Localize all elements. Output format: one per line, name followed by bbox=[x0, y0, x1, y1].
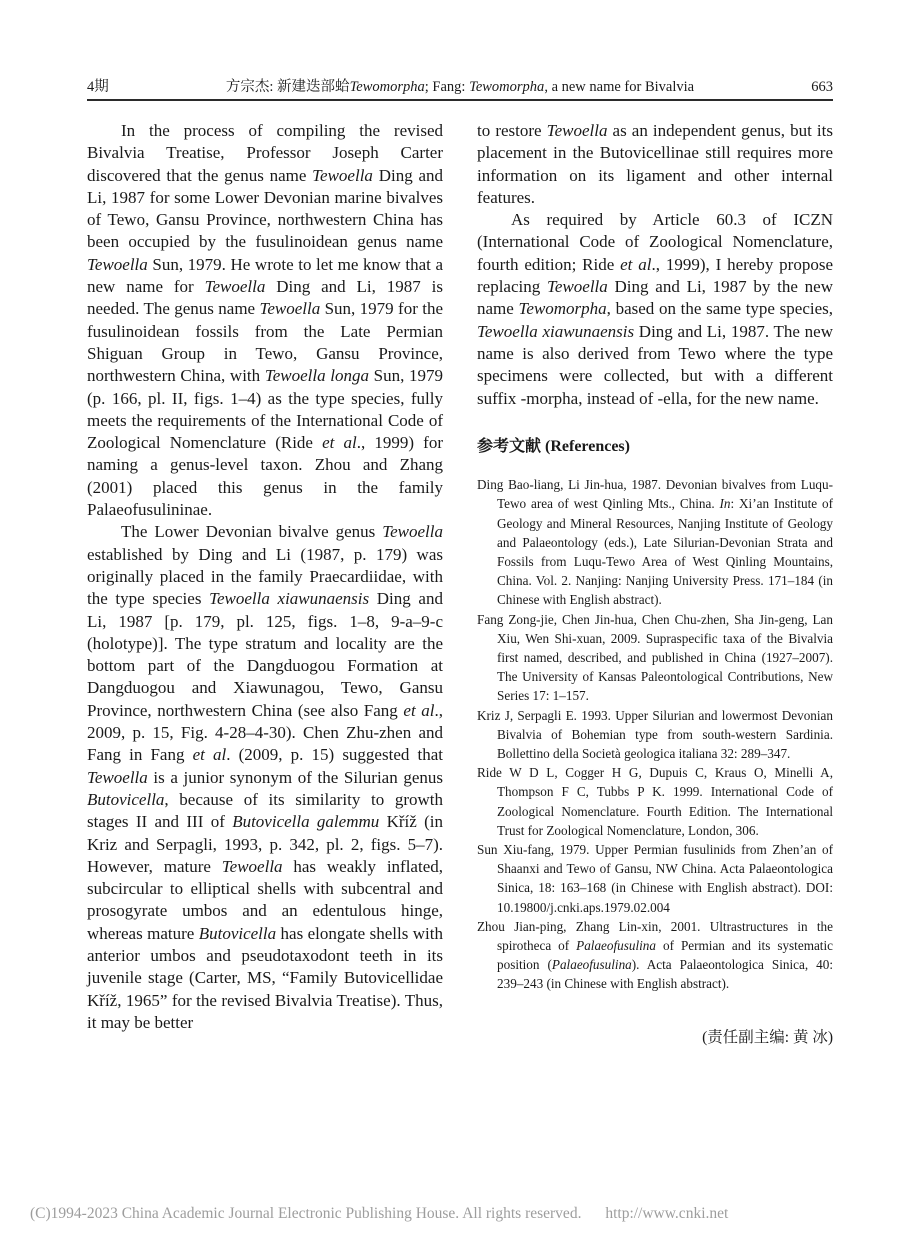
reference-item: Kriz J, Serpagli E. 1993. Upper Silurian… bbox=[477, 706, 833, 764]
text-columns: In the process of compiling the revised … bbox=[87, 120, 833, 1049]
reference-item: Ding Bao-liang, Li Jin-hua, 1987. Devoni… bbox=[477, 475, 833, 609]
running-title: 方宗杰: 新建迭部蛤Tewomorpha; Fang: Tewomorpha, … bbox=[109, 78, 812, 96]
editor-note: (责任副主编: 黄 冰) bbox=[477, 1027, 833, 1049]
reference-list: Ding Bao-liang, Li Jin-hua, 1987. Devoni… bbox=[477, 475, 833, 993]
body-paragraph-1: In the process of compiling the revised … bbox=[87, 120, 443, 521]
copyright-text: (C)1994-2023 China Academic Journal Elec… bbox=[30, 1205, 581, 1222]
cnki-url: http://www.cnki.net bbox=[605, 1205, 728, 1222]
right-column: to restore Tewoella as an independent ge… bbox=[477, 120, 833, 1049]
reference-item: Zhou Jian-ping, Zhang Lin-xin, 2001. Ult… bbox=[477, 917, 833, 994]
running-header: 4期 方宗杰: 新建迭部蛤Tewomorpha; Fang: Tewomorph… bbox=[87, 78, 833, 96]
header-rule bbox=[87, 99, 833, 101]
reference-item: Fang Zong-jie, Chen Jin-hua, Chen Chu-zh… bbox=[477, 610, 833, 706]
journal-page: 4期 方宗杰: 新建迭部蛤Tewomorpha; Fang: Tewomorph… bbox=[0, 0, 920, 1249]
body-paragraph-2-continuation: to restore Tewoella as an independent ge… bbox=[477, 120, 833, 209]
issue-label: 4期 bbox=[87, 78, 109, 96]
reference-item: Ride W D L, Cogger H G, Dupuis C, Kraus … bbox=[477, 763, 833, 840]
left-column: In the process of compiling the revised … bbox=[87, 120, 443, 1049]
body-paragraph-3: As required by Article 60.3 of ICZN (Int… bbox=[477, 209, 833, 410]
body-paragraph-2: The Lower Devonian bivalve genus Tewoell… bbox=[87, 521, 443, 1034]
cnki-footer: (C)1994-2023 China Academic Journal Elec… bbox=[30, 1205, 890, 1223]
reference-item: Sun Xiu-fang, 1979. Upper Permian fusuli… bbox=[477, 840, 833, 917]
page-number: 663 bbox=[811, 78, 833, 96]
references-heading: 参考文献 (References) bbox=[477, 436, 833, 458]
